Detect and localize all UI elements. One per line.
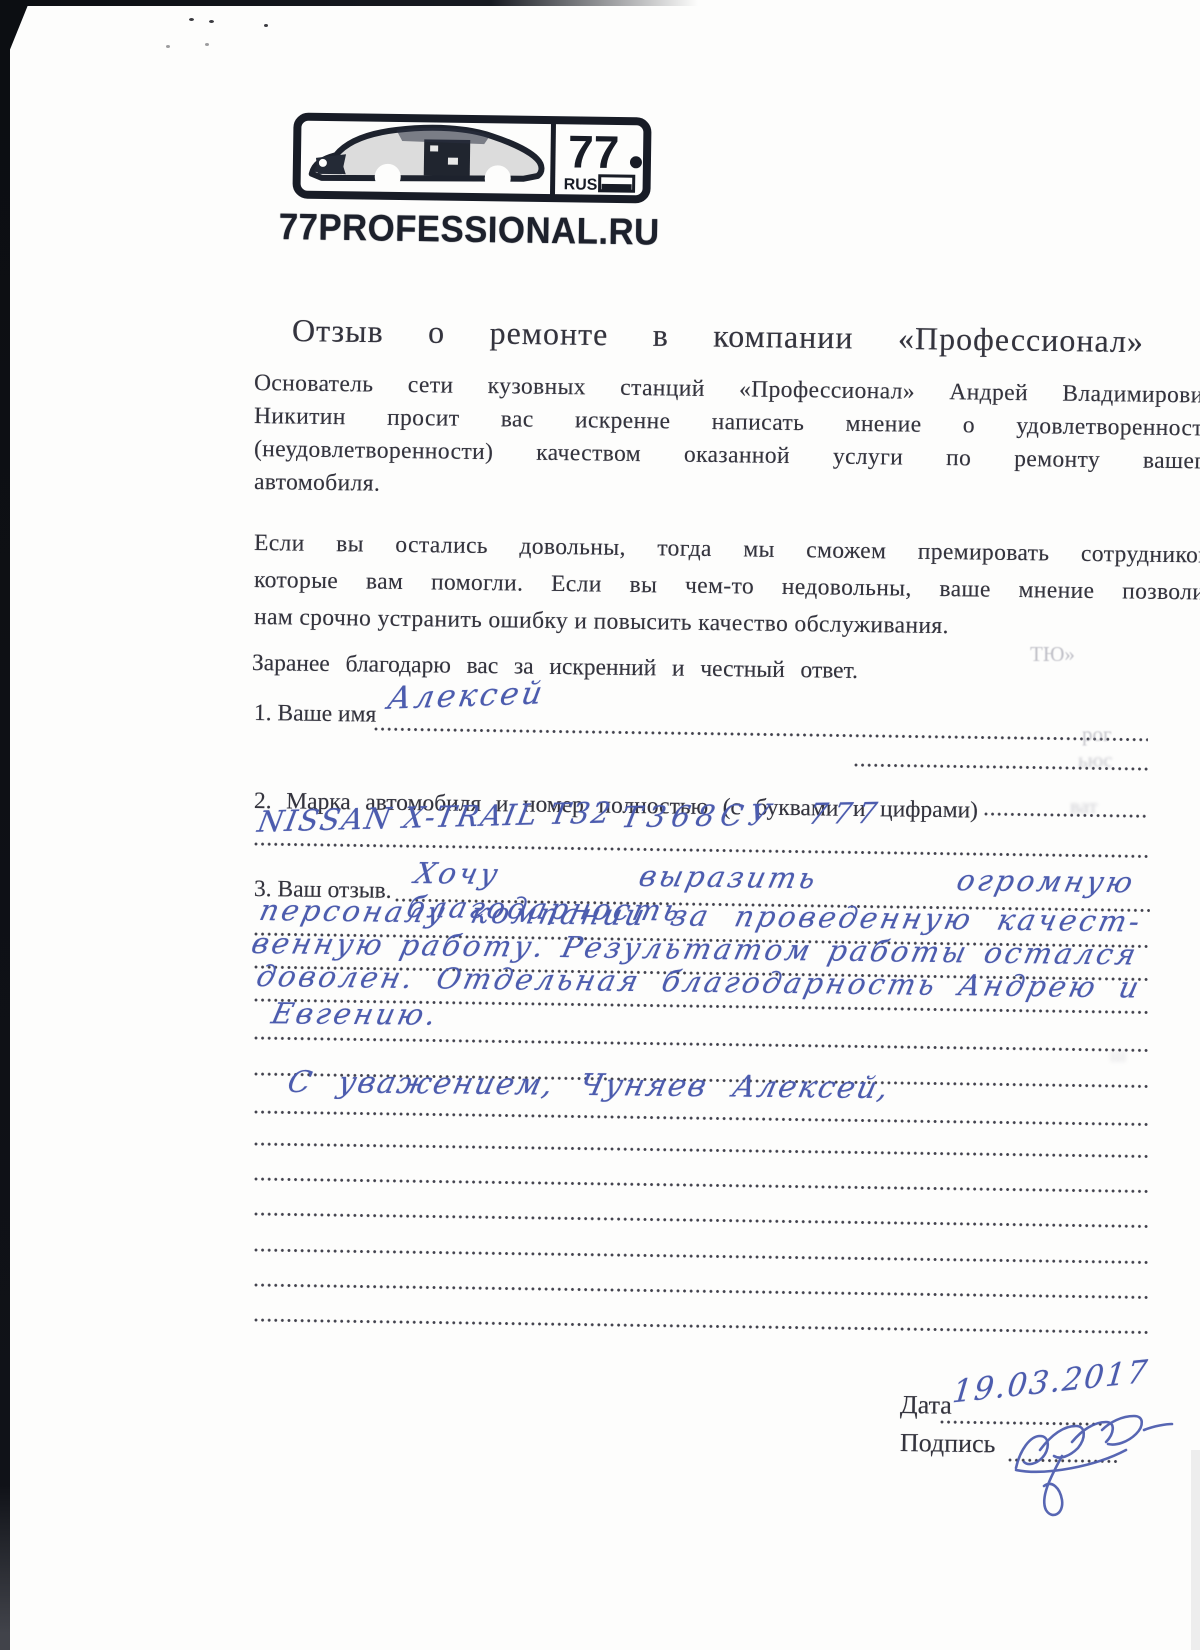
review-dotted-line <box>254 1283 1150 1300</box>
q2-dotted-leader <box>984 812 1148 818</box>
signature-scrawl <box>1000 1390 1180 1530</box>
scanner-edge-left <box>0 0 10 1650</box>
scanner-edge-corner <box>0 0 30 52</box>
company-stamp-license-plate: 77 RUS <box>291 111 652 204</box>
ink-speck <box>189 18 194 21</box>
review-dotted-line <box>254 1142 1150 1159</box>
q2-dotted-line <box>254 842 1148 858</box>
review-closing-handwritten: С уважением, Чуняев Алексей, <box>284 1065 894 1107</box>
q2-answer-plate-number: Т368СУ 777 <box>619 796 886 835</box>
logo-site-text: 77PROFESSIONAL.RU <box>278 206 659 254</box>
plate-region-number: 77 <box>568 125 620 178</box>
plate-country-code: RUS <box>564 176 598 193</box>
q1-label: 1. Ваше имя <box>254 700 377 729</box>
scanned-form-page: { "logo": { "plate_number": "77", "plate… <box>0 0 1200 1650</box>
scanner-edge-right <box>1191 1450 1200 1650</box>
thanks-line: Заранее благодарю вас за искренний и чес… <box>252 650 858 685</box>
review-dotted-line <box>254 1212 1150 1229</box>
car-silhouette-icon <box>312 126 542 192</box>
review-dotted-line <box>254 1036 1150 1053</box>
review-handwritten-line: Хочу выразить огромную благодарность <box>411 856 1139 901</box>
page-title: Отзыв о ремонте в компании «Профессионал… <box>292 312 1144 360</box>
ink-speck <box>264 24 268 27</box>
q1-answer-handwritten: Алексей <box>385 675 548 717</box>
review-dotted-line <box>254 1177 1150 1194</box>
ghost-text-fragment: ТЮ» <box>1030 642 1075 667</box>
date-label: Дата <box>900 1390 952 1421</box>
review-handwritten-line: Евгению. <box>268 996 442 1033</box>
ink-speck <box>166 45 170 48</box>
ink-speck <box>205 43 209 46</box>
ghost-text-fragment: ват <box>1070 794 1098 819</box>
q1-dotted-line <box>374 727 1148 742</box>
scanner-edge-top <box>8 0 698 6</box>
signature-label: Подпись <box>900 1428 996 1459</box>
review-dotted-line <box>254 1248 1150 1265</box>
review-dotted-line <box>254 1318 1150 1335</box>
ink-speck <box>209 20 214 23</box>
ghost-text-fragment: рог <box>1082 722 1112 747</box>
review-dotted-line <box>254 1110 1150 1127</box>
ghost-text-fragment: ьюс <box>1078 748 1113 773</box>
ghost-text-fragment: ш <box>1110 1042 1126 1067</box>
